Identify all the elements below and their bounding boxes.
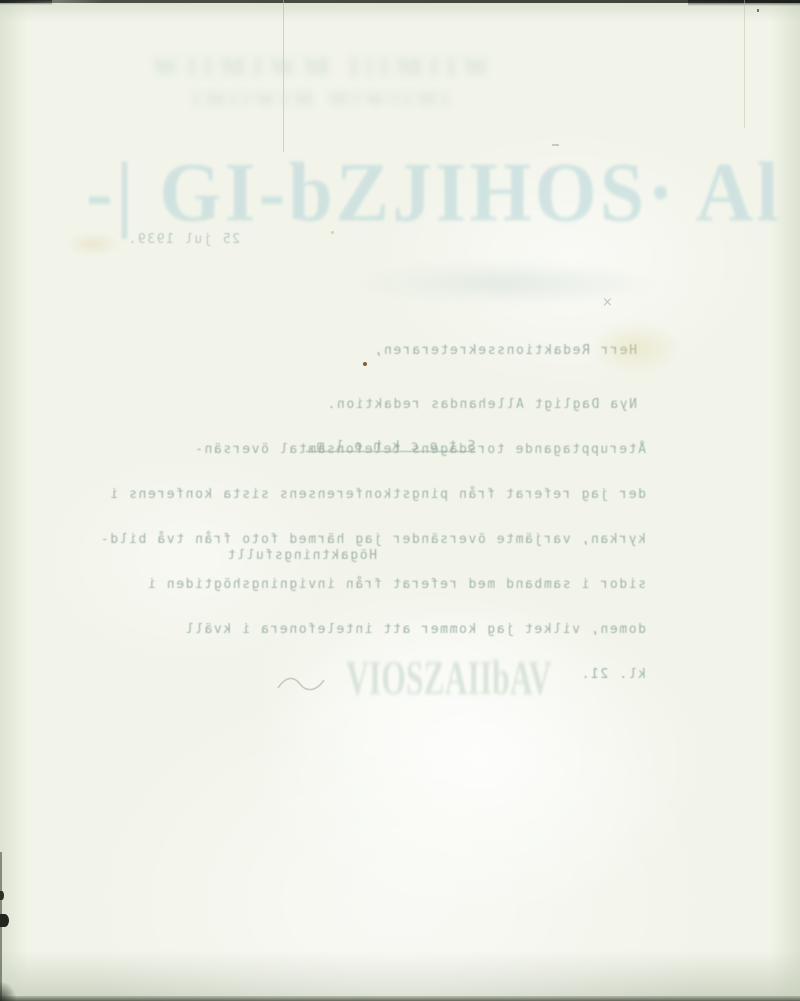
letterhead-smudge-row1: WIIMIWM IlIMIIW xyxy=(152,52,496,84)
mid-page-smudge xyxy=(350,262,660,304)
paper-speck xyxy=(331,231,334,234)
paper-speck xyxy=(757,9,759,12)
paper-speck xyxy=(552,144,559,146)
body-line: domen, vilket jag kommer att intelefoner… xyxy=(68,622,646,637)
mirrored-letterhead-title: -| GI-bZJIHOS· Al xyxy=(86,145,726,241)
letterhead-smudge-row2: IMIIWIM MIWIIMI xyxy=(192,86,453,112)
mirrored-date-line: 25 jul 1939. xyxy=(100,232,240,247)
left-edge-ink-mark xyxy=(0,914,9,927)
yellow-stain-small xyxy=(66,233,120,255)
mirrored-stamp-watermark: VIOSZAIIbAV xyxy=(346,650,551,706)
bottom-left-corner-shadow xyxy=(0,982,16,1001)
body-line: der jag referat från pingstkonferensens … xyxy=(68,487,646,502)
body-line: sidor i samband med referat från invigni… xyxy=(68,577,646,592)
mirrored-closing-line: Högaktningsfullt xyxy=(213,548,377,563)
yellow-stain xyxy=(590,322,682,374)
pencil-x-mark: × xyxy=(602,295,613,310)
scanned-letter-back-page: WIIMIWM IlIMIIW IMIIWIM MIWIIMI -| GI-bZ… xyxy=(0,0,800,1001)
bottom-paper-edge-shadow xyxy=(0,996,800,1001)
top-left-edge-shadow xyxy=(0,0,52,5)
body-line: kyrkan, varjämte översänder jag härmed f… xyxy=(68,532,646,547)
ink-dot xyxy=(363,362,367,366)
vertical-crease-right xyxy=(744,0,745,128)
body-line: Återupptagande torsdagens telefonsamtal … xyxy=(68,442,646,457)
left-edge-ink-mark xyxy=(0,891,4,900)
address-line-1: Herr Redaktionssekreteraren, xyxy=(269,342,637,360)
top-paper-edge-shadow xyxy=(0,0,800,3)
pencil-squiggle-mark xyxy=(276,672,326,698)
